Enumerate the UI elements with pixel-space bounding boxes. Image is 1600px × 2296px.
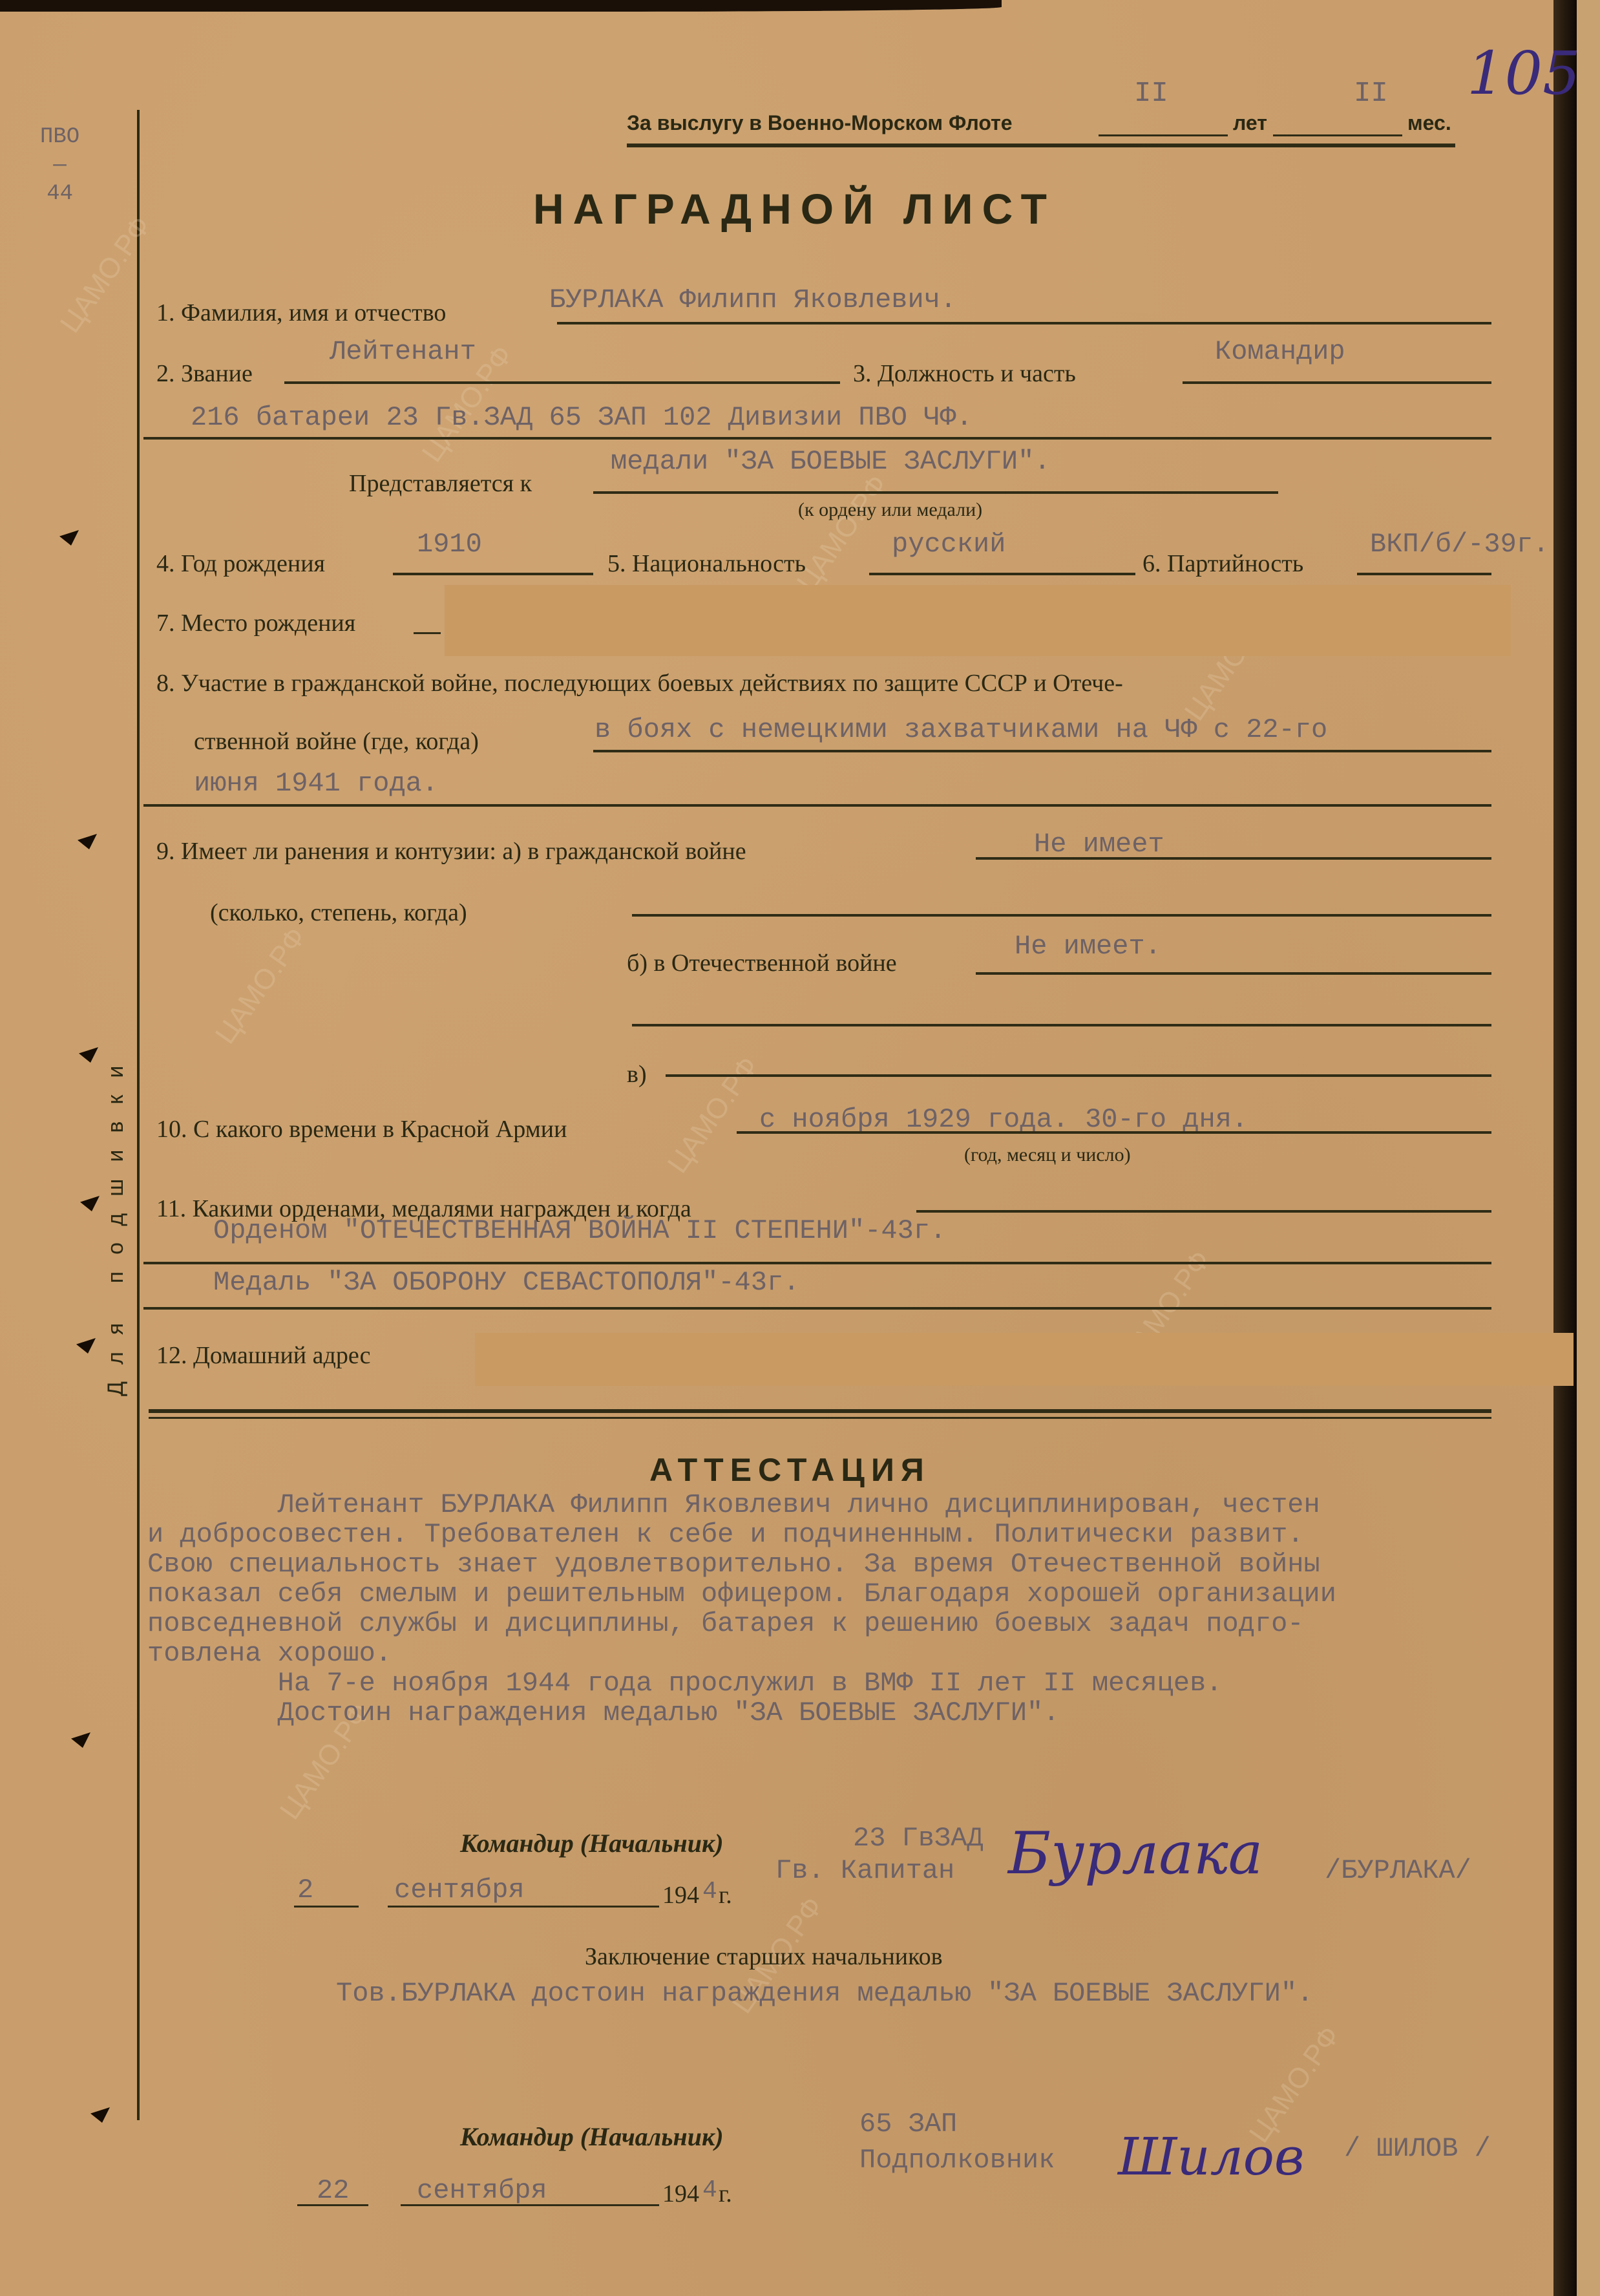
field-value-presented: медали "ЗА БОЕВЫЕ ЗАСЛУГИ". [611,446,1051,477]
signature2-year-suffix: 4 [702,2176,717,2204]
watermark: ЦАМО.РФ [791,469,894,597]
signature1-handwritten: Бурлака [1008,1820,1263,1887]
watermark: ЦАМО.РФ [54,211,158,339]
field-line [284,381,840,384]
field-line [916,1210,1491,1213]
signature1-day: 2 [297,1875,313,1906]
field-line [737,1131,1491,1134]
archive-mark: ПВО — 44 [40,123,79,208]
years-label: лет [1233,111,1267,135]
field-label-war-participation: 8. Участие в гражданской войне, последую… [156,669,1123,697]
signature1-role: Командир (Начальник) [460,1828,724,1858]
field-line [976,972,1491,975]
signature1-year-end: г. [719,1881,732,1909]
field-line [666,1074,1491,1077]
redacted-birthplace [445,585,1511,656]
punch-hole [78,834,97,849]
field-value-war-participation: в боях с немецкими захватчиками на ЧФ с … [595,714,1327,745]
field-line [143,437,1491,440]
field-value-nationality: русский [892,529,1005,560]
field-line [869,573,1135,575]
field-label-position: 3. Должность и часть [853,359,1076,388]
field-line [593,491,1278,494]
signature2-day: 22 [317,2175,349,2206]
field-label-wounds: 9. Имеет ли ранения и контузии: а) в гра… [156,837,746,866]
field-value-army-since: с ноября 1929 года. 30-го дня. [759,1104,1248,1135]
page-title: НАГРАДНОЙ ЛИСТ [533,184,1056,233]
months-label: мес. [1407,111,1451,135]
punch-hole [59,530,79,546]
document-page: ЦАМО.РФ ЦАМО.РФ ЦАМО.РФ ЦАМО.РФ ЦАМО.РФ … [0,0,1577,2296]
field-line [393,573,593,575]
punch-hole [76,1338,96,1354]
field-label-war-participation-cont: ственной войне (где, когда) [194,727,479,756]
service-line-label: За выслугу в Военно-Морском Флоте [627,111,1013,135]
senior-conclusion-title: Заключение старших начальников [585,1942,943,1971]
signature1-year-suffix: 4 [702,1878,717,1906]
field-label-home-address: 12. Домашний адрес [156,1341,371,1370]
section-double-rule [149,1417,1491,1419]
field-line [976,857,1491,860]
field-value-wounds-civil: Не имеет [1034,829,1164,860]
punch-hole [90,2107,110,2123]
field-value-position: Командир [1215,336,1345,367]
binding-margin-line [137,110,140,2120]
punch-hole [71,1732,90,1748]
field-line [414,632,441,634]
months-line [1273,134,1402,136]
watermark: ЦАМО.РФ [662,1051,765,1179]
signature1-name: /БУРЛАКА/ [1325,1855,1471,1886]
field-label-party: 6. Партийность [1142,549,1303,578]
field-hint-presented: (к ордену или медали) [798,499,982,521]
service-months-value: II [1354,78,1388,110]
date-line [297,2204,368,2206]
field-value-birth-year: 1910 [417,529,482,560]
field-line [143,804,1491,807]
field-line [632,914,1491,917]
watermark: ЦАМО.РФ [209,922,313,1050]
field-label-presented: Представляется к [349,469,532,498]
field-value-rank: Лейтенант [330,336,476,367]
date-line [401,2204,659,2206]
signature2-role: Командир (Начальник) [460,2121,724,2152]
signature1-rank: Гв. Капитан [775,1855,954,1886]
attestation-title: АТТЕСТАЦИЯ [649,1451,931,1489]
torn-edge [0,0,1002,12]
signature1-month: сентября [394,1875,525,1906]
field-value-wounds-patriotic: Не имеет. [1015,931,1161,962]
signature2-unit: 65 ЗАП [859,2109,957,2140]
service-years-value: II [1134,78,1168,110]
field-hint-wounds: (сколько, степень, когда) [210,898,467,927]
field-value-unit: 216 батареи 23 Гв.ЗАД 65 ЗАП 102 Дивизии… [191,402,973,433]
signature2-rank: Подполковник [859,2145,1055,2176]
date-line [388,1906,659,1908]
signature1-unit: 23 ГвЗАД [853,1823,984,1854]
signature2-year-end: г. [719,2180,732,2208]
field-line [557,322,1491,324]
field-value-war-participation-cont: июня 1941 года. [194,768,438,799]
redacted-home-address [475,1333,1574,1386]
field-label-nationality: 5. Национальность [607,549,806,578]
field-value-awards-2: Медаль "ЗА ОБОРОНУ СЕВАСТОПОЛЯ"-43г. [213,1267,799,1298]
years-line [1099,134,1228,136]
field-line [593,750,1491,752]
field-hint-army-since: (год, месяц и число) [964,1144,1131,1166]
field-line [143,1307,1491,1310]
field-line [1357,573,1491,575]
signature2-month: сентября [417,2175,547,2206]
date-line [294,1906,359,1908]
signature2-year-prefix: 194 [662,2180,699,2208]
page-edge-shadow [1553,0,1577,2296]
field-label-wounds-other: в) [627,1060,647,1089]
section-double-rule [149,1409,1491,1413]
field-label-rank: 2. Звание [156,359,253,388]
field-label-birth-year: 4. Год рождения [156,549,325,578]
field-value-name: БУРЛАКА Филипп Яковлевич. [549,284,956,315]
field-line [1183,381,1491,384]
sheet-number: 105 [1467,39,1581,108]
attestation-body: Лейтенант БУРЛАКА Филипп Яковлевич лично… [147,1490,1588,1728]
field-label-wounds-patriotic: б) в Отечественной войне [627,949,897,977]
field-label-army-since: 10. С какого времени в Красной Армии [156,1115,567,1143]
field-line [632,1024,1491,1026]
field-label-birthplace: 7. Место рождения [156,609,355,637]
punch-hole [80,1196,100,1211]
signature2-name: / ШИЛОВ / [1344,2133,1491,2164]
field-value-party: ВКП/б/-39г. [1370,529,1549,560]
field-value-awards-1: Орденом "ОТЕЧЕСТВЕННАЯ ВОЙНА II СТЕПЕНИ"… [213,1215,946,1246]
signature1-year-prefix: 194 [662,1881,699,1909]
senior-conclusion-text: Тов.БУРЛАКА достоин награждения медалью … [336,1978,1313,2009]
header-double-rule [627,143,1455,147]
punch-hole [79,1047,98,1063]
field-label-name: 1. Фамилия, имя и отчество [156,299,446,327]
signature2-handwritten: Шилов [1118,2127,1304,2187]
field-line [143,1262,1491,1264]
binding-note: Для подшивки [103,1049,129,1396]
